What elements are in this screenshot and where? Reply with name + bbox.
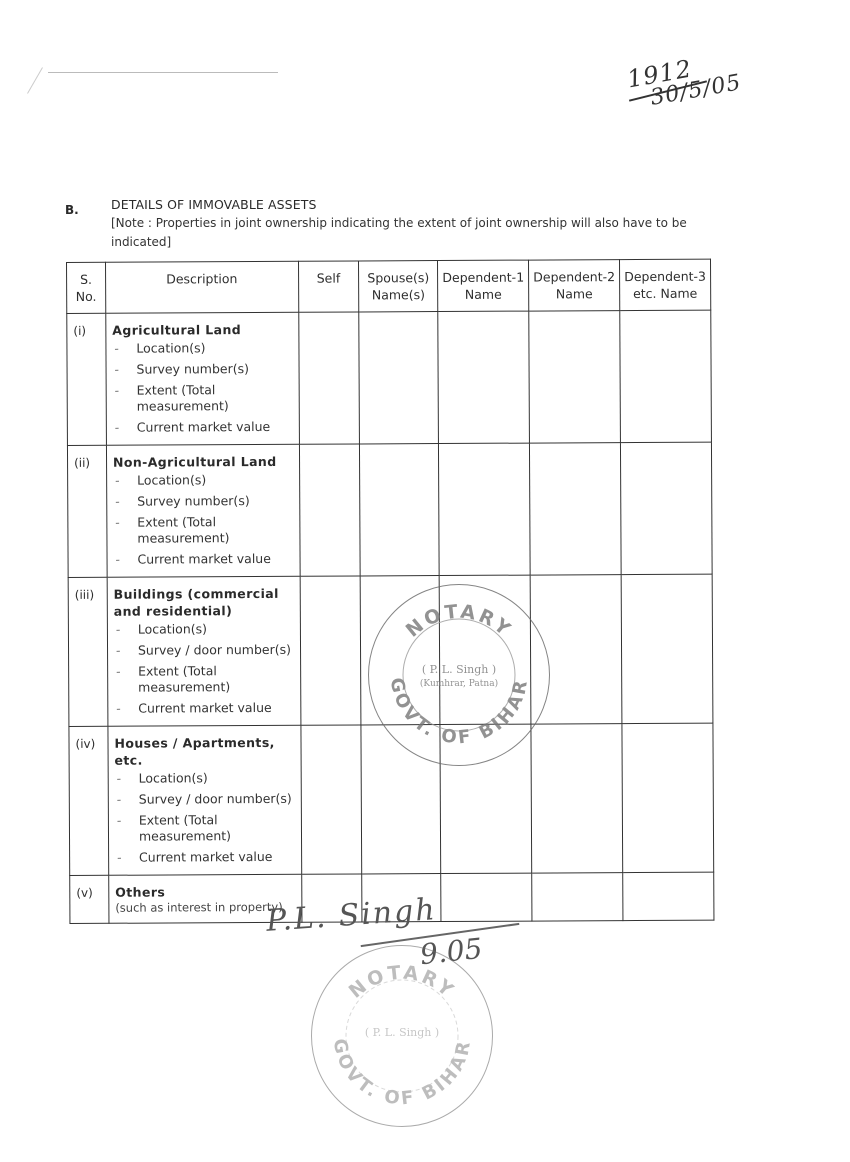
cell-self[interactable] xyxy=(299,444,360,576)
header-dependent-3: Dependent-3 etc. Name xyxy=(620,259,711,310)
dash-bullet-icon: - xyxy=(115,494,120,510)
asset-detail-text: Location(s) xyxy=(139,770,208,785)
table-header-row: S. No. Description Self Spouse(s) Name(s… xyxy=(67,259,711,313)
svg-text:GOVT. OF BIHAR: GOVT. OF BIHAR xyxy=(329,1037,476,1110)
cell-dependent2[interactable] xyxy=(532,873,623,921)
dash-bullet-icon: - xyxy=(115,515,120,531)
cell-dependent1[interactable] xyxy=(438,311,530,443)
asset-category-title: Buildings (commercial and residential) xyxy=(114,585,296,620)
stamp-center-name: ( P. L. Singh ) xyxy=(312,1026,492,1039)
asset-detail-item: -Survey number(s) xyxy=(112,361,294,378)
cell-dependent1[interactable] xyxy=(440,724,532,873)
asset-detail-item: -Survey number(s) xyxy=(113,493,295,510)
asset-detail-item: -Current market value xyxy=(114,700,296,717)
dash-bullet-icon: - xyxy=(117,850,122,866)
row-serial-number: (iii) xyxy=(68,577,108,726)
asset-category-title: Non-Agricultural Land xyxy=(113,453,295,471)
asset-detail-text: Extent (Total measurement) xyxy=(137,514,229,545)
cell-spouse[interactable] xyxy=(361,725,441,874)
asset-detail-text: Survey / door number(s) xyxy=(139,791,292,807)
dash-bullet-icon: - xyxy=(116,622,121,638)
cell-spouse[interactable] xyxy=(359,312,439,444)
asset-detail-item: -Extent (Total measurement) xyxy=(115,812,297,845)
asset-detail-text: Location(s) xyxy=(138,621,207,636)
cell-self[interactable] xyxy=(300,725,362,874)
cell-dependent2[interactable] xyxy=(530,443,622,575)
header-spouse: Spouse(s) Name(s) xyxy=(359,261,438,312)
cell-self[interactable] xyxy=(300,576,362,725)
table-row: (iv)Houses / Apartments, etc.-Location(s… xyxy=(69,723,714,875)
dash-bullet-icon: - xyxy=(115,383,120,399)
cell-dependent3[interactable] xyxy=(623,872,714,920)
header-description: Description xyxy=(105,261,298,313)
asset-detail-item: -Survey / door number(s) xyxy=(114,642,296,659)
cell-dependent2[interactable] xyxy=(529,311,621,443)
cell-dependent2[interactable] xyxy=(531,724,623,873)
row-description: Agricultural Land-Location(s)-Survey num… xyxy=(106,312,299,445)
asset-detail-text: Survey number(s) xyxy=(136,361,249,377)
asset-detail-text: Current market value xyxy=(139,849,272,865)
dash-bullet-icon: - xyxy=(114,362,119,378)
asset-detail-item: -Current market value xyxy=(115,849,297,866)
asset-detail-item: -Location(s) xyxy=(115,770,297,787)
asset-detail-text: Current market value xyxy=(137,551,270,567)
asset-detail-item: -Extent (Total measurement) xyxy=(113,382,295,415)
asset-detail-item: -Current market value xyxy=(113,419,295,436)
asset-detail-item: -Location(s) xyxy=(113,472,295,489)
asset-detail-list: -Location(s)-Survey number(s)-Extent (To… xyxy=(112,340,294,436)
asset-detail-item: -Extent (Total measurement) xyxy=(114,663,296,696)
cell-dependent3[interactable] xyxy=(621,574,713,723)
cell-dependent1[interactable] xyxy=(439,443,531,575)
header-sno: S. No. xyxy=(67,262,106,313)
asset-detail-text: Location(s) xyxy=(136,340,205,355)
asset-detail-text: Survey number(s) xyxy=(137,493,250,509)
asset-category-title: Houses / Apartments, etc. xyxy=(114,734,296,769)
dash-bullet-icon: - xyxy=(117,771,122,787)
section-letter: B. xyxy=(65,203,79,217)
cell-dependent3[interactable] xyxy=(620,310,712,442)
dash-bullet-icon: - xyxy=(114,341,119,357)
asset-detail-list: -Location(s)-Survey / door number(s)-Ext… xyxy=(114,621,296,717)
asset-detail-text: Location(s) xyxy=(137,472,206,487)
asset-detail-text: Current market value xyxy=(137,419,270,435)
header-dependent-1: Dependent-1 Name xyxy=(438,260,529,311)
asset-detail-text: Extent (Total measurement) xyxy=(137,382,229,413)
dash-bullet-icon: - xyxy=(115,473,120,489)
table-row: (iii)Buildings (commercial and residenti… xyxy=(68,574,713,726)
dash-bullet-icon: - xyxy=(117,792,122,808)
row-description: Houses / Apartments, etc.-Location(s)-Su… xyxy=(108,725,301,875)
row-serial-number: (ii) xyxy=(67,445,107,577)
dash-bullet-icon: - xyxy=(116,701,121,717)
cell-dependent3[interactable] xyxy=(622,723,714,872)
dash-bullet-icon: - xyxy=(115,552,120,568)
asset-detail-item: -Current market value xyxy=(113,551,295,568)
row-serial-number: (i) xyxy=(67,313,107,445)
cell-dependent3[interactable] xyxy=(621,442,713,574)
scan-line xyxy=(48,72,278,73)
asset-detail-text: Survey / door number(s) xyxy=(138,642,291,658)
dash-bullet-icon: - xyxy=(115,420,120,436)
row-description: Non-Agricultural Land-Location(s)-Survey… xyxy=(106,444,299,577)
cell-spouse[interactable] xyxy=(360,576,440,725)
cell-spouse[interactable] xyxy=(360,444,440,576)
table-row: (i)Agricultural Land-Location(s)-Survey … xyxy=(67,310,712,445)
table-row: (ii)Non-Agricultural Land-Location(s)-Su… xyxy=(67,442,712,577)
asset-detail-item: -Survey / door number(s) xyxy=(115,791,297,808)
asset-detail-text: Extent (Total measurement) xyxy=(138,663,230,694)
row-description: Buildings (commercial and residential)-L… xyxy=(107,576,300,726)
row-serial-number: (iv) xyxy=(69,726,109,875)
dash-bullet-icon: - xyxy=(116,643,121,659)
cell-dependent1[interactable] xyxy=(441,873,532,921)
asset-detail-list: -Location(s)-Survey number(s)-Extent (To… xyxy=(113,472,295,568)
signature-date: 9.05 xyxy=(418,932,483,971)
scan-line xyxy=(27,67,43,93)
header-self: Self xyxy=(298,261,359,312)
dash-bullet-icon: - xyxy=(116,664,121,680)
asset-detail-item: -Extent (Total measurement) xyxy=(113,514,295,547)
header-dependent-2: Dependent-2 Name xyxy=(529,260,620,311)
asset-category-title: Others xyxy=(115,883,297,901)
cell-self[interactable] xyxy=(298,312,359,444)
asset-detail-text: Extent (Total measurement) xyxy=(139,812,231,843)
asset-detail-list: -Location(s)-Survey / door number(s)-Ext… xyxy=(115,770,297,866)
asset-detail-text: Current market value xyxy=(138,700,271,716)
asset-detail-item: -Location(s) xyxy=(112,340,294,357)
asset-category-title: Agricultural Land xyxy=(112,321,294,339)
section-title: DETAILS OF IMMOVABLE ASSETS xyxy=(111,197,316,212)
dash-bullet-icon: - xyxy=(117,813,122,829)
cell-dependent1[interactable] xyxy=(439,575,531,724)
section-note: [Note : Properties in joint ownership in… xyxy=(111,214,711,252)
cell-dependent2[interactable] xyxy=(530,575,622,724)
row-serial-number: (v) xyxy=(70,875,109,923)
notary-stamp-lower: NOTARY GOVT. OF BIHAR ( P. L. Singh ) xyxy=(311,945,493,1127)
immovable-assets-table: S. No. Description Self Spouse(s) Name(s… xyxy=(66,259,714,924)
asset-detail-item: -Location(s) xyxy=(114,621,296,638)
stamp-bottom-arc-text: GOVT. OF BIHAR xyxy=(329,1037,476,1110)
